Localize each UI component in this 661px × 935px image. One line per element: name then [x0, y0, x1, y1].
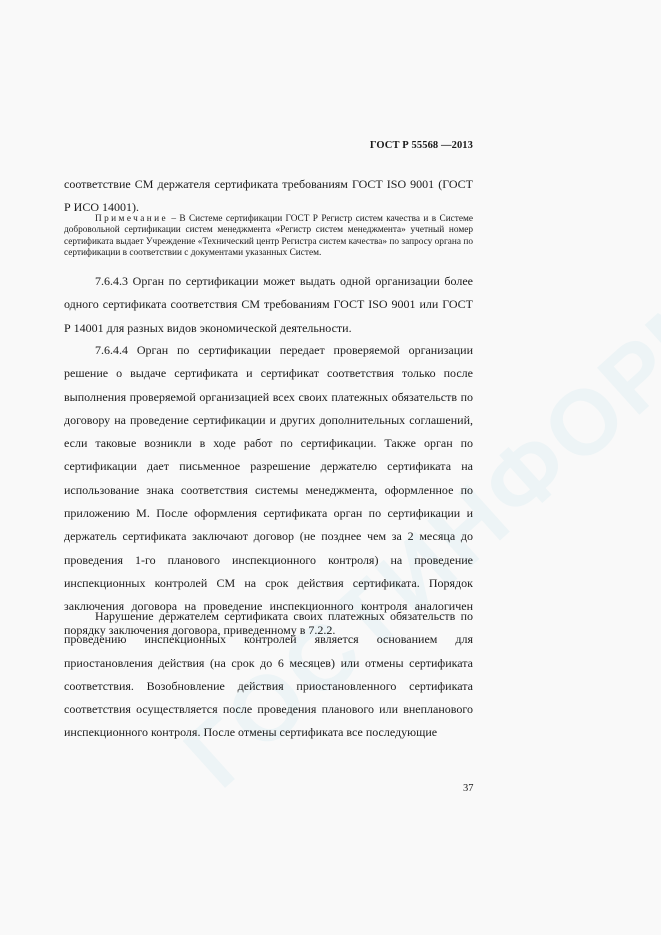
document-id-header: ГОСТ Р 55568 —2013: [370, 140, 473, 151]
paragraph-7-6-4-3: 7.6.4.3 Орган по сертификации может выда…: [64, 270, 473, 340]
page-number: 37: [463, 783, 474, 794]
paragraph-payment-violation: Нарушение держателем сертификата своих п…: [64, 605, 473, 745]
paragraph-conformity: соответствие СМ держателя сертификата тр…: [64, 173, 473, 220]
note-block: Примечание – В Системе сертификации ГОСТ…: [64, 214, 473, 259]
note-label: Примечание: [95, 214, 168, 224]
paragraph-7-6-4-4: 7.6.4.4 Орган по сертификации передает п…: [64, 339, 473, 642]
